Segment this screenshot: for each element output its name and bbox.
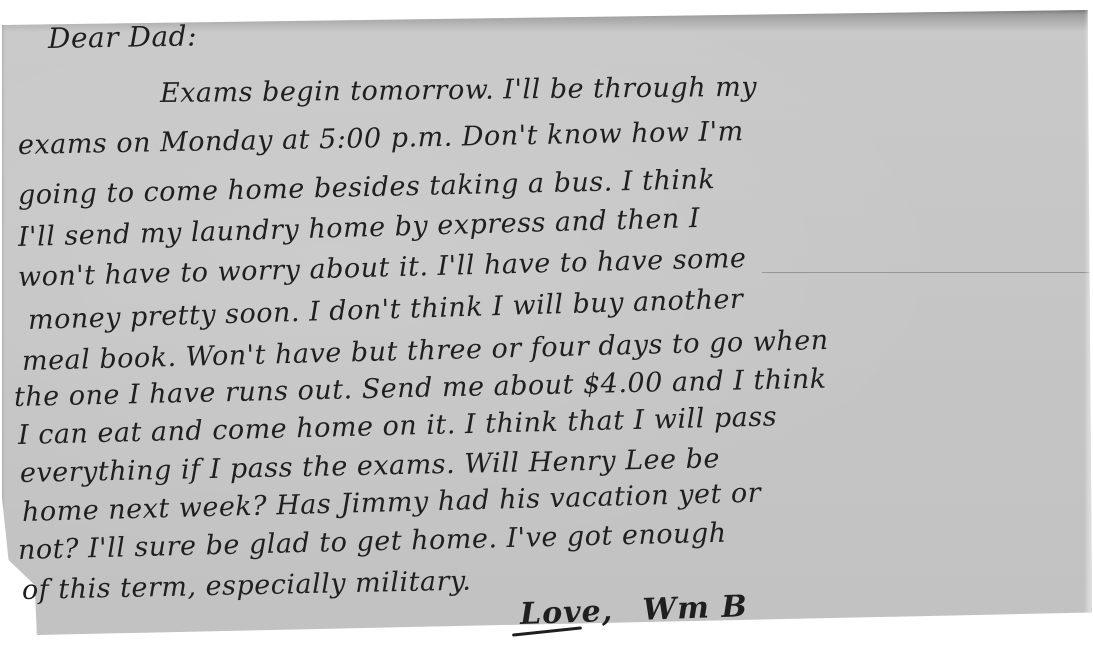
letter-line-3: going to come home besides taking a bus.… [18,164,716,211]
scanned-letter-page: Dear Dad: Exams begin tomorrow. I'll be … [0,0,1093,645]
letter-line-1: Exams begin tomorrow. I'll be through my [160,72,757,109]
letter-salutation: Dear Dad: [48,19,198,55]
letter-signature: Wm B [642,589,748,628]
letter-line-2: exams on Monday at 5:00 p.m. Don't know … [18,116,744,161]
letter-closing-block: Love, Wm B [519,589,748,632]
letter-line-5: won't have to worry about it. I'll have … [18,243,747,293]
letter-line-4: I'll send my laundry home by express and… [18,203,701,253]
letter-line-6: money pretty soon. I don't think I will … [28,284,744,336]
letter-line-13: of this term, especially military. [22,566,472,606]
letter-body: Dear Dad: Exams begin tomorrow. I'll be … [0,0,1093,645]
letter-closing: Love, [519,594,613,632]
